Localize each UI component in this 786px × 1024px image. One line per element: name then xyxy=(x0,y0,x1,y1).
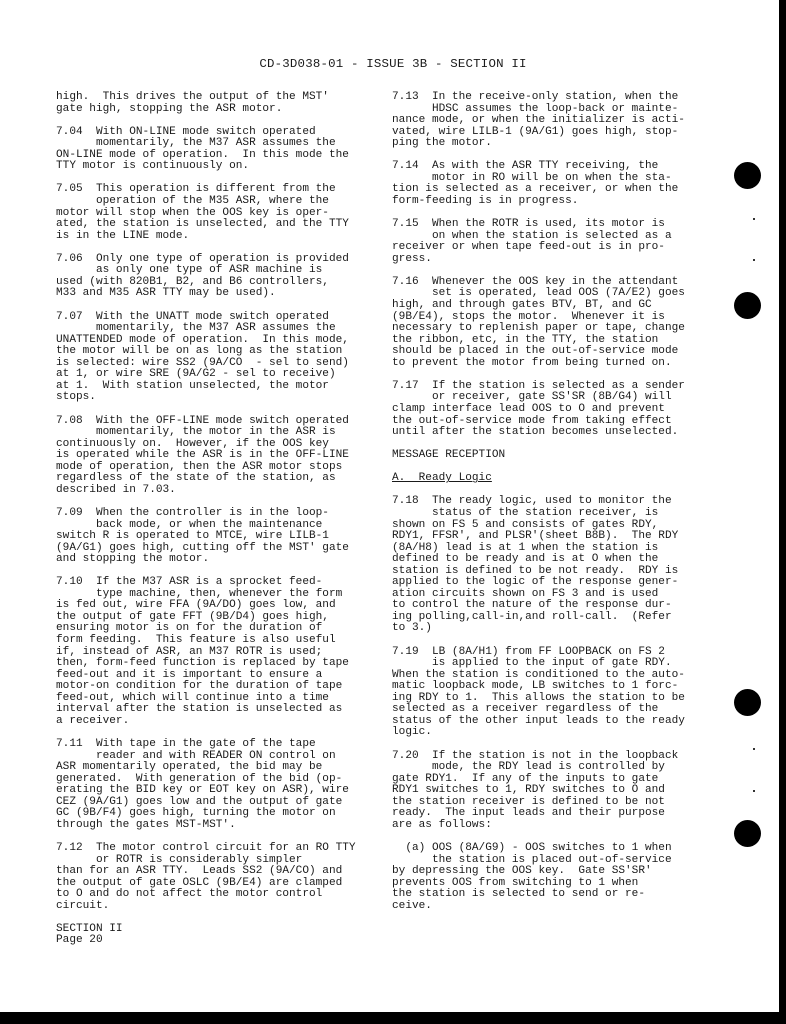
paragraph-7-16: 7.16 Whenever the OOS key in the attenda… xyxy=(392,277,710,369)
scan-speck xyxy=(753,790,755,792)
left-column: high. This drives the output of the MST'… xyxy=(56,92,378,947)
binder-hole-icon xyxy=(734,292,761,319)
paragraph-7-15: 7.15 When the ROTR is used, its motor is… xyxy=(392,219,710,265)
paragraph-7-20: 7.20 If the station is not in the loopba… xyxy=(392,751,710,832)
paragraph-7-08: 7.08 With the OFF-LINE mode switch opera… xyxy=(56,416,378,497)
scan-speck xyxy=(753,748,755,750)
paragraph-7-04: 7.04 With ON-LINE mode switch operated m… xyxy=(56,127,378,173)
paragraph-7-20a: (a) OOS (8A/G9) - OOS switches to 1 when… xyxy=(392,843,710,912)
subsection-heading: A. Ready Logic xyxy=(392,473,710,485)
paragraph-7-12: 7.12 The motor control circuit for an RO… xyxy=(56,843,378,912)
page-header: CD-3D038-01 - ISSUE 3B - SECTION II xyxy=(0,57,786,71)
paragraph-continuation: high. This drives the output of the MST'… xyxy=(56,92,378,115)
paragraph-7-05: 7.05 This operation is different from th… xyxy=(56,184,378,242)
paragraph-7-06: 7.06 Only one type of operation is provi… xyxy=(56,254,378,300)
paragraph-7-11: 7.11 With tape in the gate of the tape r… xyxy=(56,739,378,831)
paragraph-7-17: 7.17 If the station is selected as a sen… xyxy=(392,381,710,439)
binder-hole-icon xyxy=(734,820,761,847)
paragraph-7-10: 7.10 If the M37 ASR is a sprocket feed- … xyxy=(56,577,378,727)
right-column: 7.13 In the receive-only station, when t… xyxy=(392,92,710,924)
binder-hole-icon xyxy=(734,689,761,716)
scan-speck xyxy=(753,218,755,220)
scan-speck xyxy=(753,259,755,261)
paragraph-7-19: 7.19 LB (8A/H1) from FF LOOPBACK on FS 2… xyxy=(392,647,710,739)
document-page: CD-3D038-01 - ISSUE 3B - SECTION II high… xyxy=(0,0,779,1012)
paragraph-7-09: 7.09 When the controller is in the loop-… xyxy=(56,508,378,566)
paragraph-7-14: 7.14 As with the ASR TTY receiving, the … xyxy=(392,161,710,207)
paragraph-7-13: 7.13 In the receive-only station, when t… xyxy=(392,92,710,150)
paragraph-7-18: 7.18 The ready logic, used to monitor th… xyxy=(392,496,710,635)
binder-hole-icon xyxy=(734,162,761,189)
page-footer: SECTION II Page 20 xyxy=(56,924,378,947)
section-heading: MESSAGE RECEPTION xyxy=(392,450,710,462)
paragraph-7-07: 7.07 With the UNATT mode switch operated… xyxy=(56,312,378,404)
